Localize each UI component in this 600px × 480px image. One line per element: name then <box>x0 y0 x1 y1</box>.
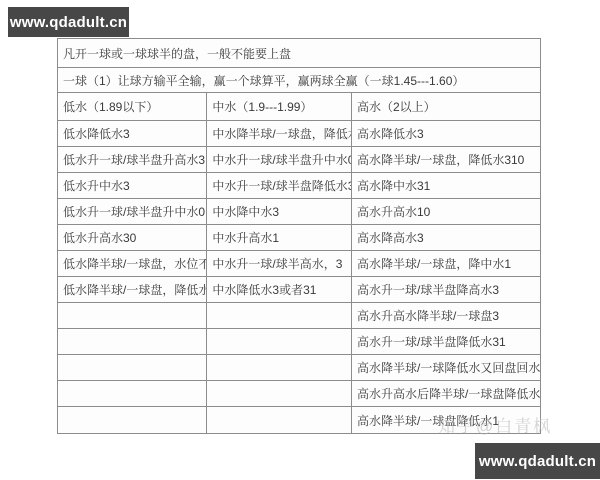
table-cell: 高水升高水后降半球/一球盘降低水3 <box>352 381 540 407</box>
table-cell: 低水升一球/球半盘升高水3 <box>58 147 207 173</box>
table-column-2: 高水（2以上）高水降低水3高水降半球/一球盘，降低水310高水降中水31高水升高… <box>352 93 540 433</box>
table-column-1: 中水（1.9---1.99）中水降半球/一球盘，降低水3中水升一球/球半盘升中水… <box>207 93 352 433</box>
column-header: 低水（1.89以下） <box>58 93 207 121</box>
table-cell <box>58 303 207 329</box>
table-cell: 高水降半球/一球盘，降中水1 <box>352 251 540 277</box>
table-cell: 高水降半球/一球降低水又回盘回水1 <box>352 355 540 381</box>
column-header: 高水（2以上） <box>352 93 540 121</box>
handicap-water-table: 凡开一球或一球球半的盘，一般不能要上盘 一球（1）让球方输平全输，赢一个球算平，… <box>57 38 541 434</box>
table-cell: 高水降半球/一球盘降低水1 <box>352 407 540 433</box>
table-note-row-2: 一球（1）让球方输平全输，赢一个球算平，赢两球全赢（一球1.45---1.60） <box>58 68 540 93</box>
table-cell <box>58 355 207 381</box>
table-cell: 高水降半球/一球盘，降低水310 <box>352 147 540 173</box>
table-cell: 低水升高水30 <box>58 225 207 251</box>
table-cell: 低水升中水3 <box>58 173 207 199</box>
table-cell <box>58 407 207 433</box>
table-cell: 中水升一球/球半高水，3 <box>207 251 352 277</box>
table-cell: 中水升一球/球半盘升中水0 <box>207 147 352 173</box>
table-cell: 中水升一球/球半盘降低水31 <box>207 173 352 199</box>
page: { "watermarks": { "top_left": "www.qdadu… <box>0 0 600 480</box>
table-cell <box>58 329 207 355</box>
watermark-bottom-right: www.qdadult.cn <box>475 443 600 479</box>
table-grid: 低水（1.89以下）低水降低水3低水升一球/球半盘升高水3低水升中水3低水升一球… <box>58 93 540 433</box>
table-cell: 中水降半球/一球盘，降低水3 <box>207 121 352 147</box>
table-cell: 低水升一球/球半盘升中水0 <box>58 199 207 225</box>
table-cell: 高水升高水10 <box>352 199 540 225</box>
table-cell: 中水降中水3 <box>207 199 352 225</box>
table-cell: 低水降低水3 <box>58 121 207 147</box>
watermark-top-left: www.qdadult.cn <box>8 7 129 37</box>
table-cell <box>207 355 352 381</box>
table-cell: 高水升高水降半球/一球盘3 <box>352 303 540 329</box>
table-cell: 低水降半球/一球盘，降低水3 <box>58 277 207 303</box>
table-cell: 中水升高水1 <box>207 225 352 251</box>
table-cell: 高水降中水31 <box>352 173 540 199</box>
table-cell: 中水降低水3或者31 <box>207 277 352 303</box>
table-cell: 高水降高水3 <box>352 225 540 251</box>
table-cell: 高水升一球/球半盘降高水3 <box>352 277 540 303</box>
table-cell <box>207 303 352 329</box>
table-column-0: 低水（1.89以下）低水降低水3低水升一球/球半盘升高水3低水升中水3低水升一球… <box>58 93 207 433</box>
table-note-row-1: 凡开一球或一球球半的盘，一般不能要上盘 <box>58 39 540 68</box>
table-cell: 高水降低水3 <box>352 121 540 147</box>
column-header: 中水（1.9---1.99） <box>207 93 352 121</box>
table-cell: 低水降半球/一球盘，水位不变1 <box>58 251 207 277</box>
table-cell <box>207 407 352 433</box>
table-cell: 高水升一球/球半盘降低水31 <box>352 329 540 355</box>
table-cell <box>207 329 352 355</box>
table-cell <box>58 381 207 407</box>
table-cell <box>207 381 352 407</box>
